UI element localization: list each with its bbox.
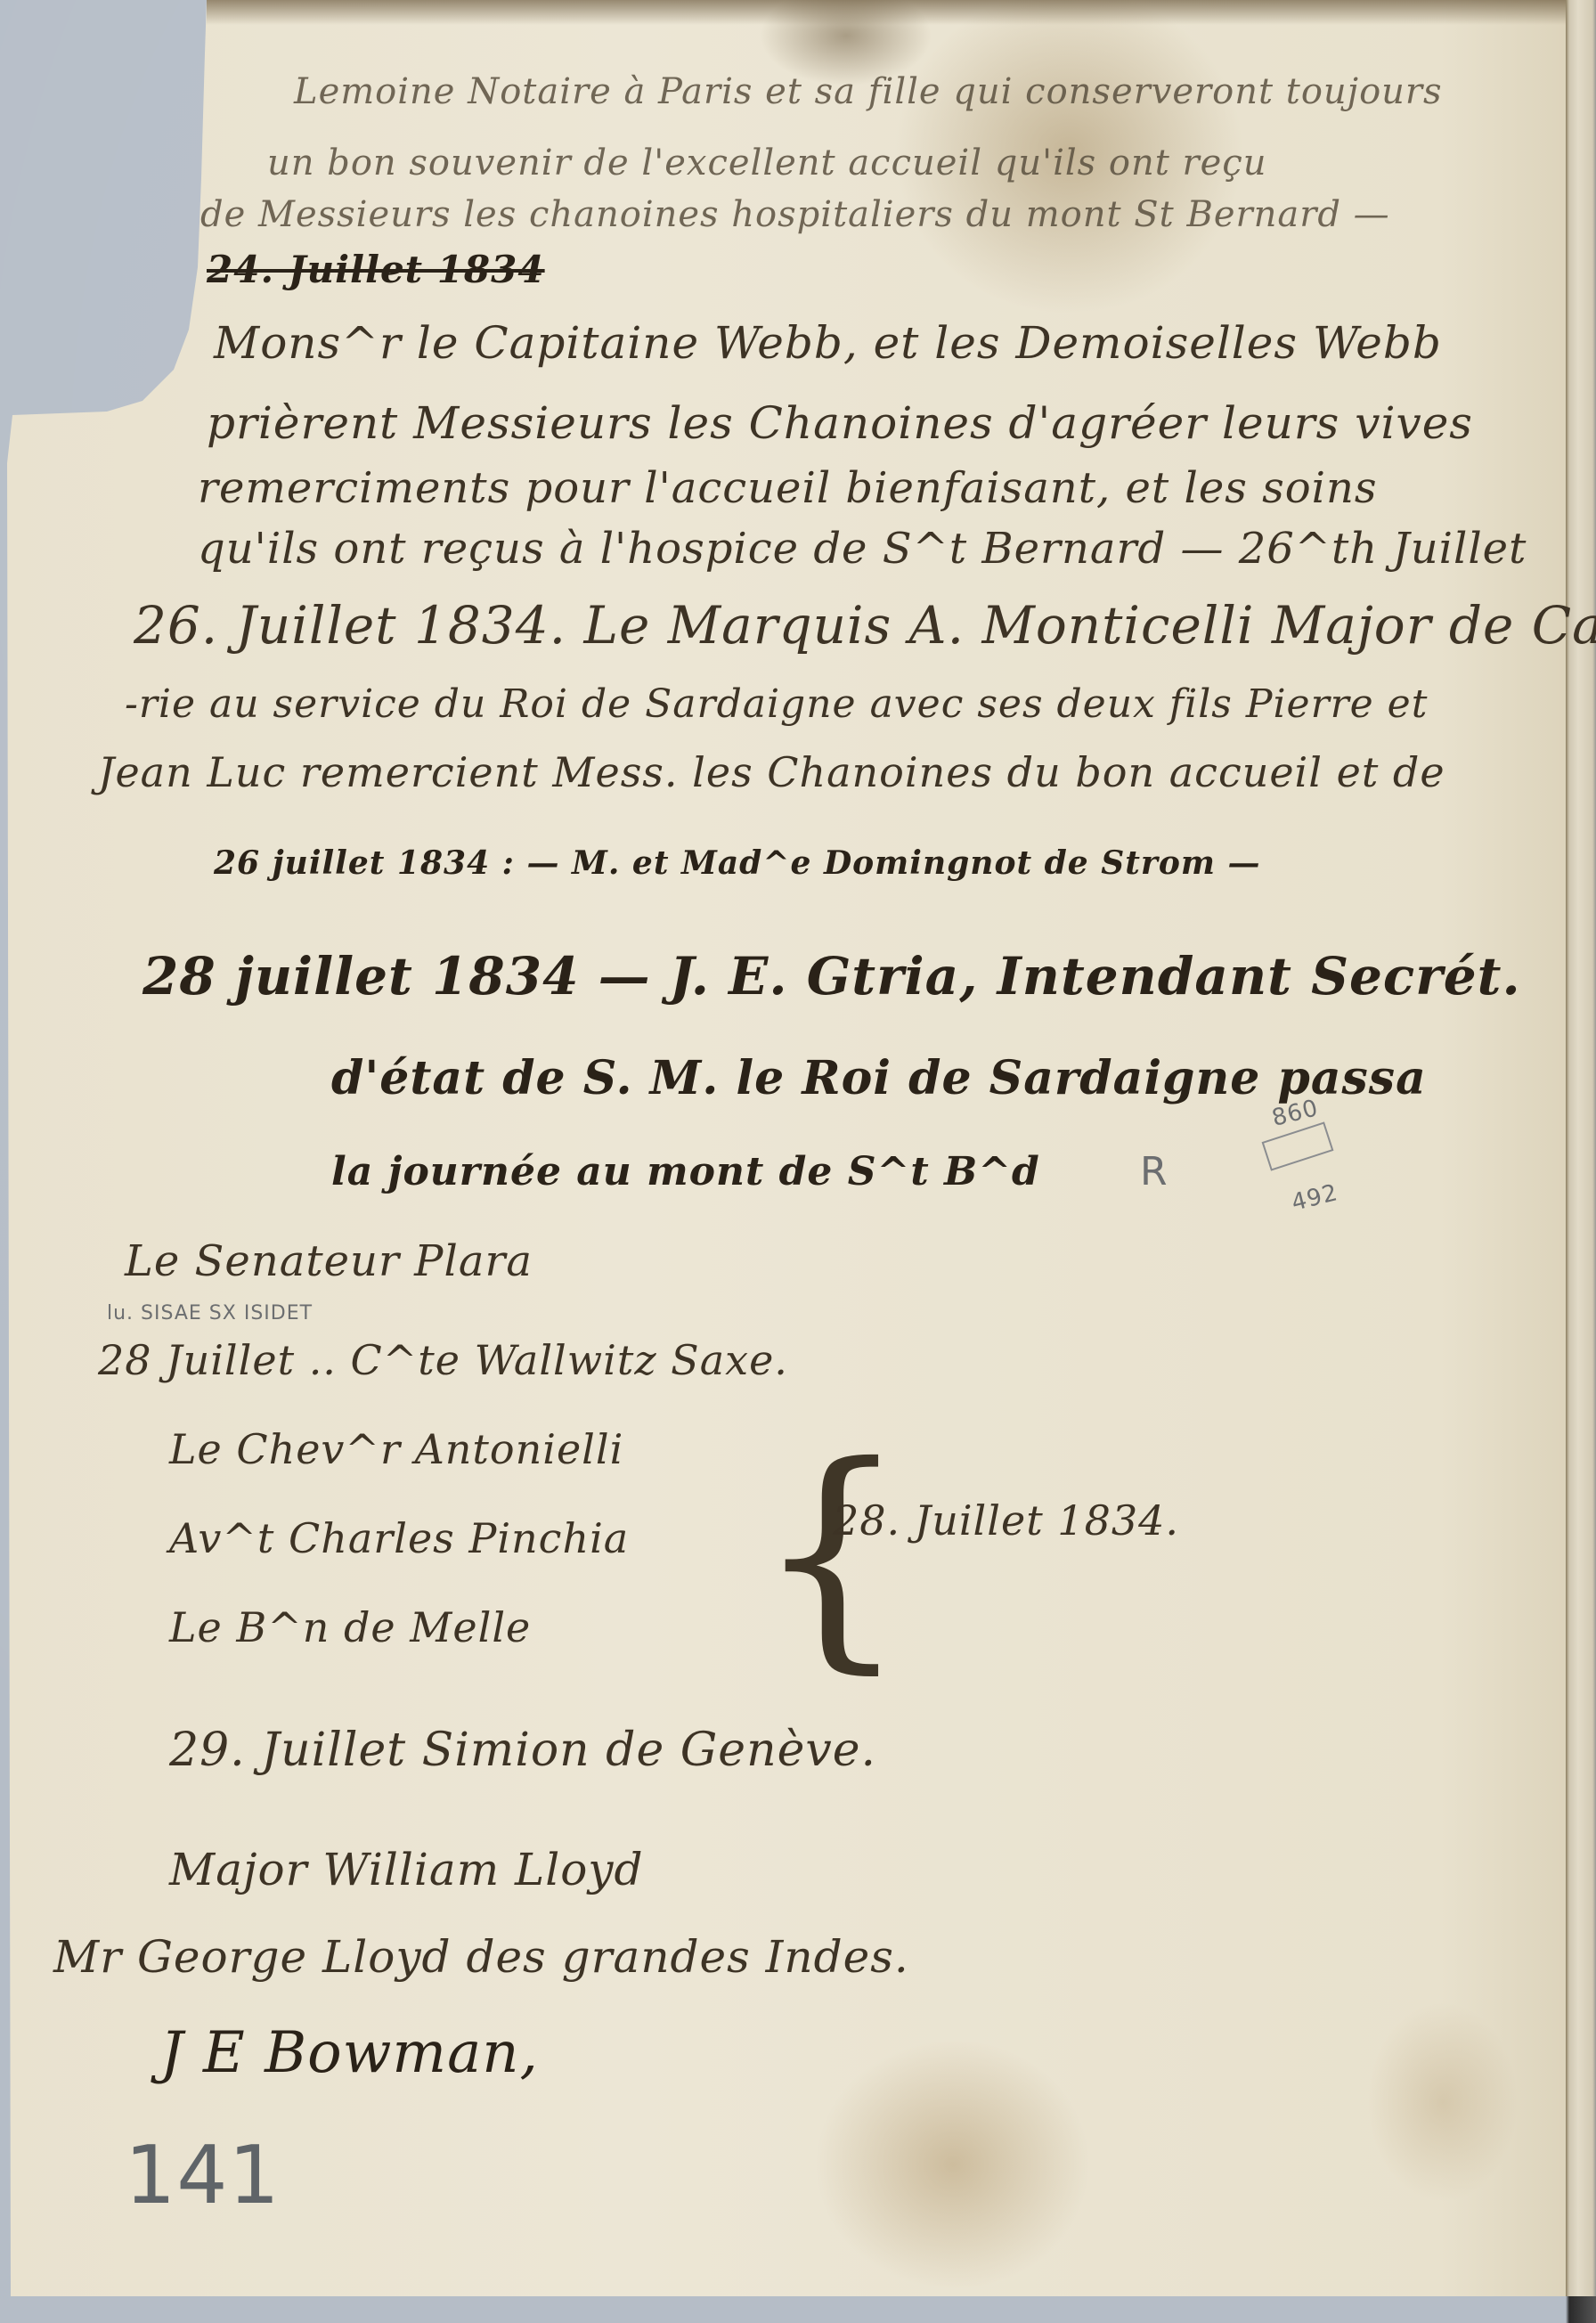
entry-gtria-line-2: d'état de S. M. le Roi de Sardaigne pass… — [331, 1051, 1427, 1105]
entry-pinchia: Av^t Charles Pinchia — [169, 1514, 629, 1562]
entry-webb-line-1: Mons^r le Capitaine Webb, et les Demoise… — [214, 317, 1442, 369]
entry-monticelli-line-3: Jean Luc remercient Mess. les Chanoines … — [98, 748, 1445, 796]
entry-lemoine-line-1: Lemoine Notaire à Paris et sa fille qui … — [294, 71, 1443, 112]
bracket-date: 28. Juillet 1834. — [833, 1496, 1179, 1545]
entry-simion: 29. Juillet Simion de Genève. — [169, 1724, 876, 1777]
book-gutter — [1566, 0, 1596, 2323]
entry-webb-line-2: prièrent Messieurs les Chanoines d'agrée… — [207, 397, 1473, 449]
entry-gtria-line-3: la journée au mont de S^t B^d — [331, 1149, 1040, 1194]
entry-melle: Le B^n de Melle — [169, 1603, 531, 1651]
pencil-annotation-wallwitz: lu. SISAE SX ISIDET — [107, 1302, 313, 1325]
entry-lemoine-line-3: de Messieurs les chanoines hospitaliers … — [200, 194, 1390, 235]
gutter-shadow — [1489, 2296, 1596, 2323]
entry-monticelli-line-2: -rie au service du Roi de Sardaigne avec… — [125, 681, 1428, 727]
entry-antonielli: Le Chev^r Antonielli — [169, 1425, 623, 1473]
entry-wallwitz: 28 Juillet .. C^te Wallwitz Saxe. — [98, 1336, 788, 1384]
entry-gtria-line-1: 28 juillet 1834 — J. E. Gtria, Intendant… — [142, 946, 1521, 1007]
entry-monticelli-line-1: 26. Juillet 1834. Le Marquis A. Monticel… — [134, 595, 1596, 656]
entry-lloyd-george: Mr George Lloyd des grandes Indes. — [53, 1931, 909, 1983]
entry-plara: Le Senateur Plara — [125, 1236, 533, 1286]
entry-lloyd-major: Major William Lloyd — [169, 1844, 644, 1895]
curly-bracket: { — [755, 1443, 791, 1666]
entry-webb-line-3: remerciments pour l'accueil bienfaisant,… — [198, 463, 1378, 513]
entry-bowman-signature: J E Bowman, — [160, 2020, 539, 2086]
entry-lemoine-date: 24. Juillet 1834 — [207, 248, 545, 291]
pencil-margin-letters: R — [1140, 1149, 1168, 1194]
entry-domingnot: 26 juillet 1834 : — M. et Mad^e Domingno… — [214, 844, 1260, 882]
entry-webb-line-4: qu'ils ont reçus à l'hospice de S^t Bern… — [198, 524, 1527, 574]
folio-number: 141 — [125, 2129, 281, 2222]
entry-lemoine-line-2: un bon souvenir de l'excellent accueil q… — [267, 143, 1267, 183]
